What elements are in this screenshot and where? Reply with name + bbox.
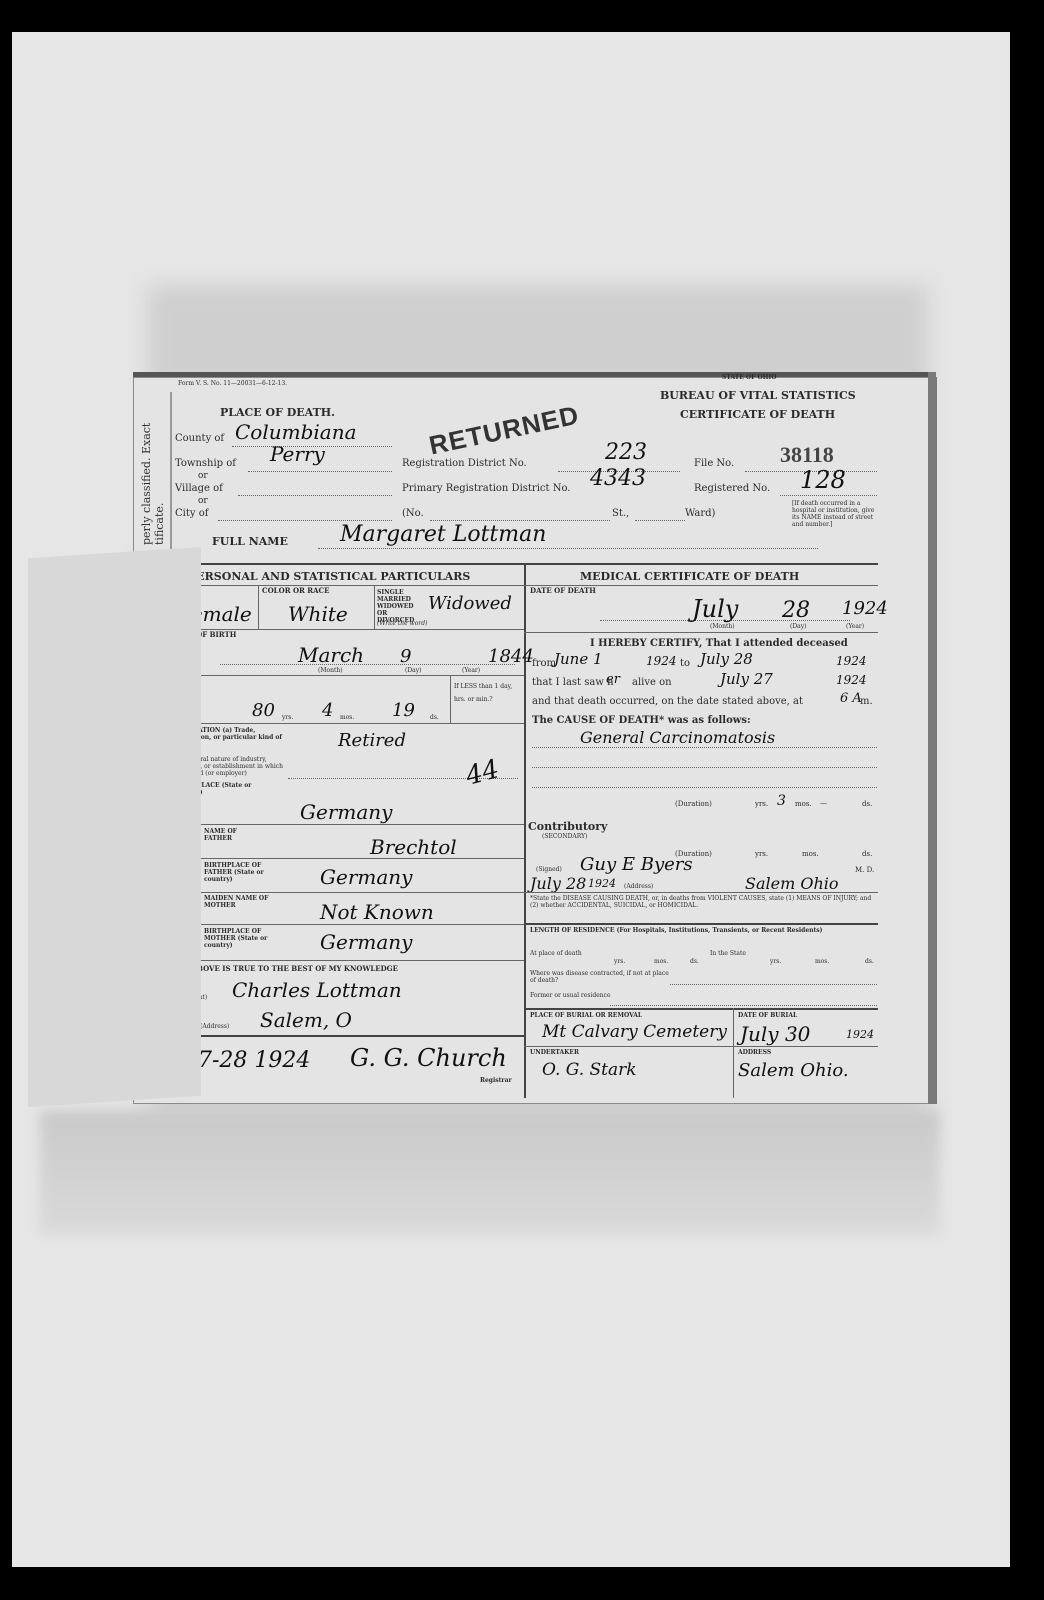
filed-date-value: 7-28 1924	[198, 1048, 310, 1073]
mother-maiden-value: Not Known	[320, 900, 434, 924]
hospital-note: [If death occurred in a hospital or inst…	[792, 500, 880, 528]
father-birthplace-value: Germany	[320, 865, 412, 889]
death-time: 6 A	[840, 691, 862, 706]
returned-stamp: RETURNED	[426, 399, 582, 461]
certificate-form: Form V. S. No. 11—20031—6-12-13. STATE O…	[170, 380, 925, 1100]
full-name-label: FULL NAME	[212, 535, 288, 548]
registration-district-value: 223	[605, 440, 647, 465]
county-value: Columbiana	[235, 420, 357, 444]
dod-month: July	[692, 595, 738, 623]
true-statement: THE ABOVE IS TRUE TO THE BEST OF MY KNOW…	[172, 965, 398, 973]
informant-value: Charles Lottman	[232, 978, 402, 1002]
certify-text: I HEREBY CERTIFY, That I attended deceas…	[590, 638, 848, 649]
race-value: White	[288, 602, 348, 626]
burial-date: July 30	[740, 1022, 810, 1046]
side-note: perly classified. Exact tificate.	[140, 395, 166, 545]
card-right-edge	[928, 372, 936, 1104]
registered-no-label: Registered No.	[694, 483, 770, 494]
footnote: *State the DISEASE CAUSING DEATH, or, in…	[530, 895, 875, 909]
form-number: Form V. S. No. 11—20031—6-12-13.	[178, 380, 287, 387]
overlapping-paper-flap	[28, 547, 201, 1107]
medical-heading: MEDICAL CERTIFICATE OF DEATH	[580, 570, 799, 583]
attended-from: June 1	[554, 650, 603, 668]
father-name-value: Brechtol	[370, 835, 457, 859]
physician-address: Salem Ohio	[745, 874, 839, 893]
age-days: 19	[392, 700, 415, 721]
occupation-value: Retired	[338, 730, 406, 751]
place-of-death-heading: PLACE OF DEATH.	[220, 406, 335, 419]
dod-year: 1924	[842, 598, 888, 619]
registration-district-label: Registration District No.	[402, 458, 527, 469]
dob-day: 9	[400, 646, 411, 667]
age-years: 80	[252, 700, 275, 721]
burial-place: Mt Calvary Cemetery	[542, 1022, 727, 1042]
dob-year: 1844	[488, 646, 534, 667]
primary-district-label: Primary Registration District No.	[402, 483, 570, 494]
file-no-label: File No.	[694, 458, 734, 469]
certificate-title: CERTIFICATE OF DEATH	[680, 408, 835, 421]
mother-birthplace-value: Germany	[320, 930, 412, 954]
informant-address-value: Salem, O	[260, 1008, 352, 1032]
primary-district-value: 4343	[590, 466, 646, 491]
cause-value: General Carcinomatosis	[580, 728, 775, 747]
attended-to: July 28	[700, 650, 753, 668]
county-label: County of	[175, 433, 224, 444]
contributory-label: Contributory	[528, 820, 607, 833]
duration-months: 3	[777, 793, 786, 809]
age-months: 4	[322, 700, 333, 721]
signed-date: July 28	[530, 874, 586, 893]
registrar-value: G. G. Church	[350, 1044, 507, 1072]
file-no-value: 38118	[780, 442, 834, 468]
township-value: Perry	[270, 442, 325, 466]
state-label: STATE OF OHIO	[722, 374, 776, 381]
personal-heading: PERSONAL AND STATISTICAL PARTICULARS	[188, 570, 470, 583]
registered-no-value: 128	[800, 466, 846, 494]
dob-month: March	[298, 643, 364, 667]
marital-value: Widowed	[428, 593, 512, 614]
undertaker-value: O. G. Stark	[542, 1060, 637, 1080]
full-name-value: Margaret Lottman	[340, 522, 546, 547]
bureau-title: BUREAU OF VITAL STATISTICS	[660, 389, 856, 402]
city-label: City of	[175, 508, 208, 519]
dod-day: 28	[782, 598, 810, 623]
last-saw-date: July 27	[720, 670, 773, 688]
undertaker-address: Salem Ohio.	[738, 1060, 849, 1081]
physician-signature: Guy E Byers	[580, 854, 693, 875]
birthplace-value: Germany	[300, 800, 392, 824]
village-label: Village of	[175, 483, 223, 494]
township-label: Township of	[175, 458, 236, 469]
bottom-shadow	[40, 1110, 940, 1235]
cause-label: The CAUSE OF DEATH* was as follows:	[532, 715, 751, 726]
margin-mark: 44	[463, 754, 503, 792]
